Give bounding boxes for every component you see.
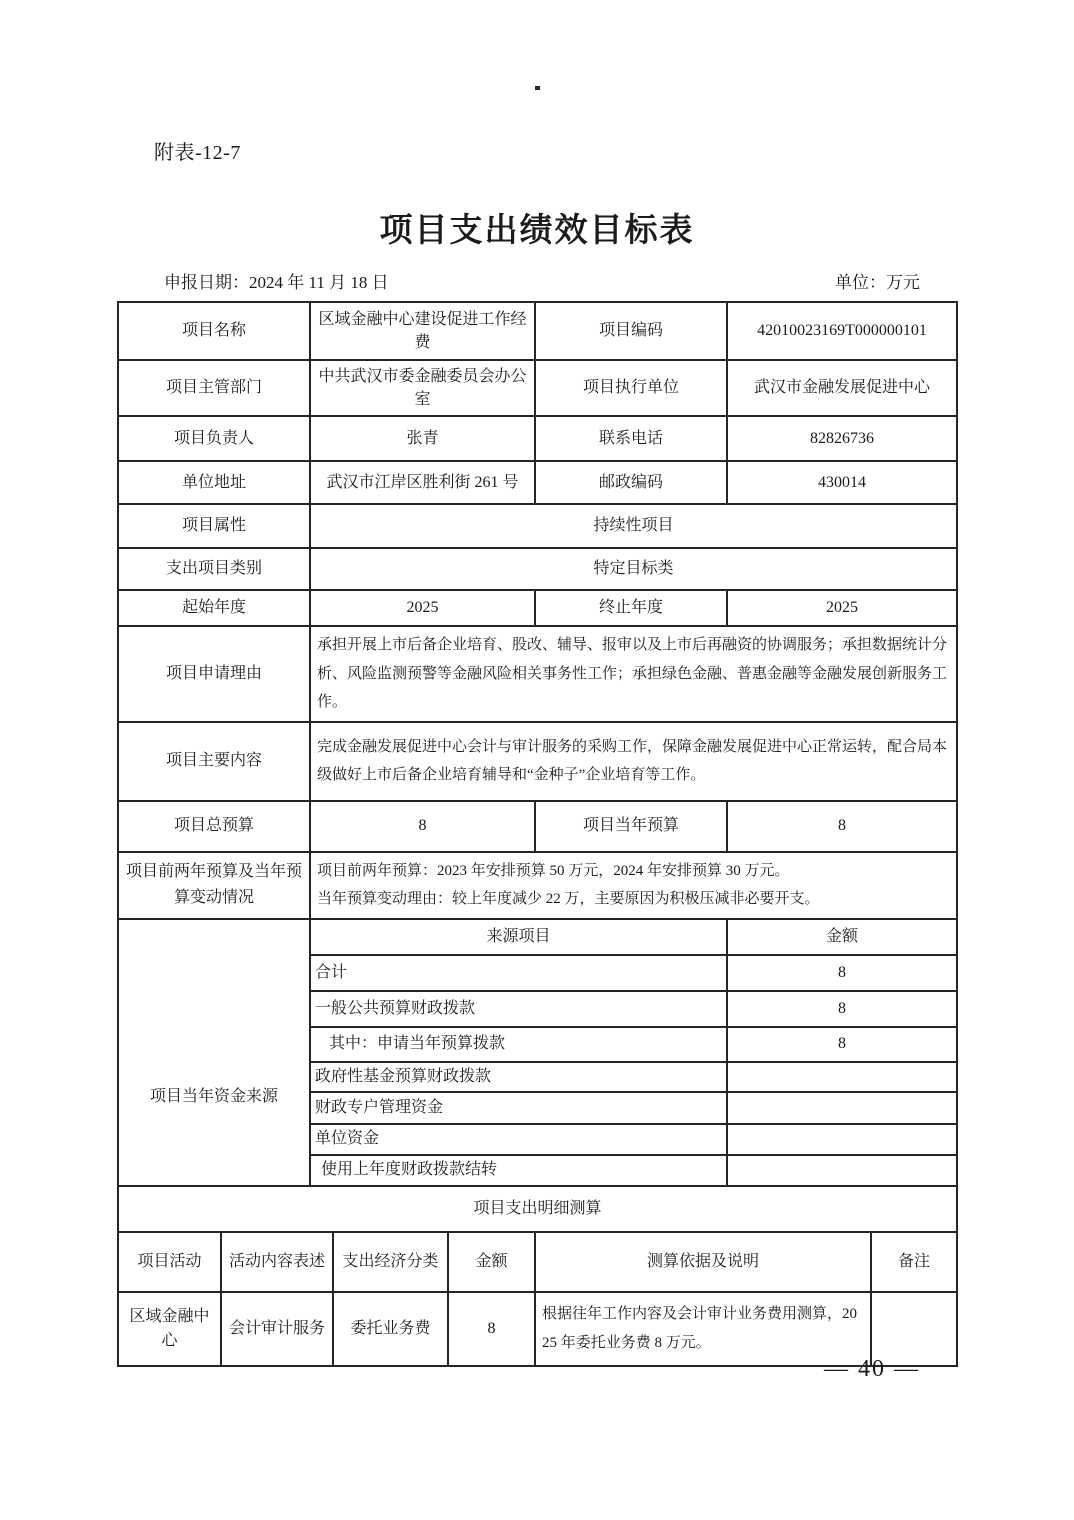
detail-section-title: 项目支出明细测算: [118, 1186, 957, 1232]
end-year-value: 2025: [727, 590, 957, 626]
page-title: 项目支出绩效目标表: [0, 204, 1074, 251]
detail-cell-description: 会计审计服务: [221, 1292, 333, 1366]
total-budget-value: 8: [310, 801, 535, 852]
stray-ink-mark: [535, 86, 540, 90]
unit-address-label: 单位地址: [118, 461, 310, 504]
prior-budget-line-2: 当年预算变动理由：较上年度减少 22 万，主要原因为积极压减非必要开支。: [317, 885, 948, 914]
meta-row: 申报日期：2024 年 11 月 18 日 单位：万元: [118, 268, 957, 293]
funding-item-general-public: 一般公共预算财政拨款: [310, 991, 727, 1027]
project-code-value: 42010023169T000000101: [727, 302, 957, 360]
postal-code-value: 430014: [727, 461, 957, 504]
application-reason-label: 项目申请理由: [118, 626, 310, 722]
detail-cell-basis: 根据往年工作内容及会计审计业务费用测算，2025 年委托业务费 8 万元。: [535, 1292, 871, 1366]
funding-item-unit-funds: 单位资金: [310, 1124, 727, 1155]
funding-amount-total: 8: [727, 955, 957, 991]
expenditure-category-value: 特定目标类: [310, 548, 957, 590]
row-budget: 项目总预算 8 项目当年预算 8: [118, 801, 957, 852]
project-code-label: 项目编码: [535, 302, 727, 360]
detail-cell-note: [871, 1292, 957, 1366]
declare-date-label: 申报日期：2024 年 11 月 18 日: [164, 268, 389, 293]
funding-amount-fiscal-account: [727, 1092, 957, 1124]
row-project-leader: 项目负责人 张青 联系电话 82826736: [118, 416, 957, 461]
detail-header-category: 支出经济分类: [333, 1232, 448, 1292]
row-detail-data: 区域金融中心 会计审计服务 委托业务费 8 根据往年工作内容及会计审计业务费用测…: [118, 1292, 957, 1366]
row-project-attribute: 项目属性 持续性项目: [118, 504, 957, 548]
performance-target-table: 项目名称 区域金融中心建设促进工作经费 项目编码 42010023169T000…: [117, 301, 958, 1367]
project-leader-value: 张青: [310, 416, 535, 461]
row-funding-header: 项目当年资金来源 来源项目 金额: [118, 919, 957, 955]
row-prior-budget: 项目前两年预算及当年预算变动情况 项目前两年预算：2023 年安排预算 50 万…: [118, 852, 957, 919]
row-detail-section-title: 项目支出明细测算: [118, 1186, 957, 1232]
current-year-budget-value: 8: [727, 801, 957, 852]
row-main-content: 项目主要内容 完成金融发展促进中心会计与审计服务的采购工作，保障金融发展促进中心…: [118, 722, 957, 801]
application-reason-value: 承担开展上市后备企业培育、股改、辅导、报审以及上市后再融资的协调服务；承担数据统…: [310, 626, 957, 722]
expenditure-category-label: 支出项目类别: [118, 548, 310, 590]
funding-item-carryover: 使用上年度财政拨款结转: [310, 1155, 727, 1186]
row-unit-address: 单位地址 武汉市江岸区胜利街 261 号 邮政编码 430014: [118, 461, 957, 504]
project-attribute-label: 项目属性: [118, 504, 310, 548]
funding-item-gov-fund: 政府性基金预算财政拨款: [310, 1062, 727, 1092]
funding-amount-general-public: 8: [727, 991, 957, 1027]
row-project-dept: 项目主管部门 中共武汉市委金融委员会办公室 项目执行单位 武汉市金融发展促进中心: [118, 360, 957, 416]
detail-cell-category: 委托业务费: [333, 1292, 448, 1366]
funding-amount-unit-funds: [727, 1124, 957, 1155]
page-number: — 40 —: [762, 1356, 982, 1383]
start-year-value: 2025: [310, 590, 535, 626]
executing-unit-label: 项目执行单位: [535, 360, 727, 416]
project-attribute-value: 持续性项目: [310, 504, 957, 548]
start-year-label: 起始年度: [118, 590, 310, 626]
row-expenditure-category: 支出项目类别 特定目标类: [118, 548, 957, 590]
unit-label: 单位：万元: [835, 268, 920, 293]
row-years: 起始年度 2025 终止年度 2025: [118, 590, 957, 626]
funding-amount-gov-fund: [727, 1062, 957, 1092]
prior-budget-label: 项目前两年预算及当年预算变动情况: [118, 852, 310, 919]
contact-phone-label: 联系电话: [535, 416, 727, 461]
project-dept-value: 中共武汉市委金融委员会办公室: [310, 360, 535, 416]
total-budget-label: 项目总预算: [118, 801, 310, 852]
executing-unit-value: 武汉市金融发展促进中心: [727, 360, 957, 416]
unit-address-value: 武汉市江岸区胜利街 261 号: [310, 461, 535, 504]
row-detail-header: 项目活动 活动内容表述 支出经济分类 金额 测算依据及说明 备注: [118, 1232, 957, 1292]
current-year-budget-label: 项目当年预算: [535, 801, 727, 852]
project-name-value: 区域金融中心建设促进工作经费: [310, 302, 535, 360]
prior-budget-line-1: 项目前两年预算：2023 年安排预算 50 万元，2024 年安排预算 30 万…: [317, 857, 948, 886]
funding-source-label-text: 项目当年资金来源: [150, 1085, 278, 1108]
funding-amount-current-appropriation: 8: [727, 1027, 957, 1062]
document-page: 附表-12-7 项目支出绩效目标表 申报日期：2024 年 11 月 18 日 …: [0, 0, 1074, 1520]
row-application-reason: 项目申请理由 承担开展上市后备企业培育、股改、辅导、报审以及上市后再融资的协调服…: [118, 626, 957, 722]
detail-header-basis: 测算依据及说明: [535, 1232, 871, 1292]
funding-header-amount: 金额: [727, 919, 957, 955]
contact-phone-value: 82826736: [727, 416, 957, 461]
sheet-label: 附表-12-7: [154, 136, 241, 165]
postal-code-label: 邮政编码: [535, 461, 727, 504]
funding-item-total: 合计: [310, 955, 727, 991]
detail-header-amount: 金额: [448, 1232, 535, 1292]
project-leader-label: 项目负责人: [118, 416, 310, 461]
detail-cell-amount: 8: [448, 1292, 535, 1366]
funding-item-fiscal-account: 财政专户管理资金: [310, 1092, 727, 1124]
end-year-label: 终止年度: [535, 590, 727, 626]
funding-item-current-appropriation: 其中：申请当年预算拨款: [310, 1027, 727, 1062]
funding-amount-carryover: [727, 1155, 957, 1186]
row-project-name: 项目名称 区域金融中心建设促进工作经费 项目编码 42010023169T000…: [118, 302, 957, 360]
detail-header-description: 活动内容表述: [221, 1232, 333, 1292]
project-name-label: 项目名称: [118, 302, 310, 360]
detail-cell-activity: 区域金融中心: [118, 1292, 221, 1366]
funding-source-label: 项目当年资金来源: [118, 919, 310, 1186]
prior-budget-value: 项目前两年预算：2023 年安排预算 50 万元，2024 年安排预算 30 万…: [310, 852, 957, 919]
main-content-value: 完成金融发展促进中心会计与审计服务的采购工作，保障金融发展促进中心正常运转，配合…: [310, 722, 957, 801]
funding-header-item: 来源项目: [310, 919, 727, 955]
main-content-label: 项目主要内容: [118, 722, 310, 801]
project-dept-label: 项目主管部门: [118, 360, 310, 416]
detail-header-activity: 项目活动: [118, 1232, 221, 1292]
detail-header-note: 备注: [871, 1232, 957, 1292]
